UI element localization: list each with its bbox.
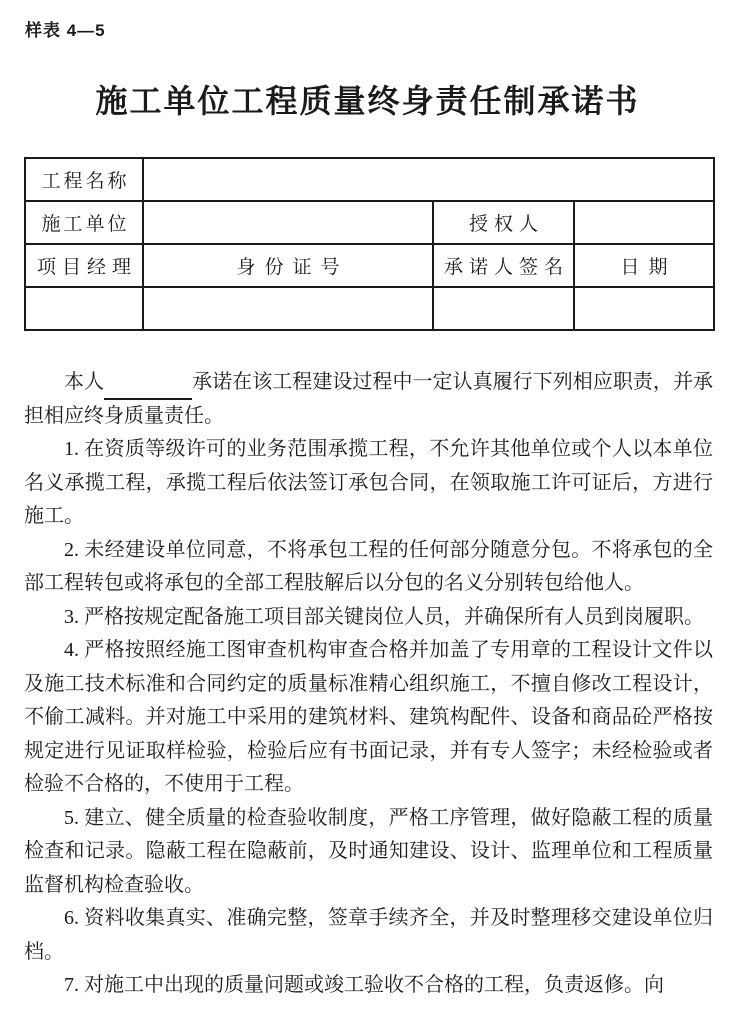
commitment-item-4: 4. 严格按照经施工图审查机构审查合格并加盖了专用章的工程设计文件以及施工技术标…	[24, 634, 713, 802]
intro-prefix: 本人	[64, 371, 104, 393]
authorized-person-label-cell: 授权人	[433, 201, 574, 244]
intro-name-blank	[104, 372, 192, 400]
project-manager-label: 项目经理	[37, 257, 137, 278]
table-row-values	[25, 287, 714, 330]
commitment-body: 本人承诺在该工程建设过程中一定认真履行下列相应职责，并承担相应终身质量责任。 1…	[24, 366, 713, 1003]
promisor-signature-label: 承诺人签名	[444, 257, 569, 278]
construction-unit-label: 施工单位	[41, 214, 129, 235]
table-row-project-name: 工程名称	[25, 158, 714, 201]
project-manager-value-cell	[25, 287, 143, 330]
promisor-signature-label-cell: 承诺人签名	[433, 244, 574, 287]
authorized-person-value-cell	[574, 201, 714, 244]
promisor-signature-value-cell	[433, 287, 574, 330]
commitment-intro: 本人承诺在该工程建设过程中一定认真履行下列相应职责，并承担相应终身质量责任。	[24, 366, 713, 433]
project-manager-label-cell: 项目经理	[25, 244, 143, 287]
date-label-cell: 日期	[574, 244, 714, 287]
table-row-headers: 项目经理 身份证号 承诺人签名 日期	[25, 244, 714, 287]
commitment-item-3: 3. 严格按规定配备施工项目部关键岗位人员，并确保所有人员到岗履职。	[24, 601, 713, 635]
sheet-label: 样表 4—5	[25, 16, 106, 41]
construction-unit-label-cell: 施工单位	[25, 201, 143, 244]
table-row-construction-unit: 施工单位 授权人	[25, 201, 714, 244]
document-title: 施工单位工程质量终身责任制承诺书	[0, 76, 735, 122]
commitment-item-5: 5. 建立、健全质量的检查验收制度，严格工序管理，做好隐蔽工程的质量检查和记录。…	[24, 802, 713, 903]
id-number-label: 身份证号	[236, 257, 348, 278]
commitment-item-6: 6. 资料收集真实、准确完整，签章手续齐全，并及时整理移交建设单位归档。	[24, 902, 713, 969]
id-number-label-cell: 身份证号	[143, 244, 433, 287]
authorized-person-label: 授权人	[469, 214, 544, 235]
construction-unit-value-cell	[143, 201, 433, 244]
commitment-item-2: 2. 未经建设单位同意，不将承包工程的任何部分随意分包。不将承包的全部工程转包或…	[24, 534, 713, 601]
id-number-value-cell	[143, 287, 433, 330]
project-name-label: 工程名称	[41, 171, 129, 192]
document-page: 样表 4—5 施工单位工程质量终身责任制承诺书 工程名称 施工单位 授权人 项目…	[0, 0, 735, 1025]
commitment-item-1: 1. 在资质等级许可的业务范围承揽工程，不允许其他单位或个人以本单位名义承揽工程…	[24, 433, 713, 534]
date-label: 日期	[621, 257, 677, 278]
date-value-cell	[574, 287, 714, 330]
commitment-form-table: 工程名称 施工单位 授权人 项目经理 身份证号 承诺人签名 日期	[24, 157, 715, 331]
project-name-value-cell	[143, 158, 714, 201]
commitment-item-7: 7. 对施工中出现的质量问题或竣工验收不合格的工程，负责返修。向	[24, 969, 713, 1003]
project-name-label-cell: 工程名称	[25, 158, 143, 201]
